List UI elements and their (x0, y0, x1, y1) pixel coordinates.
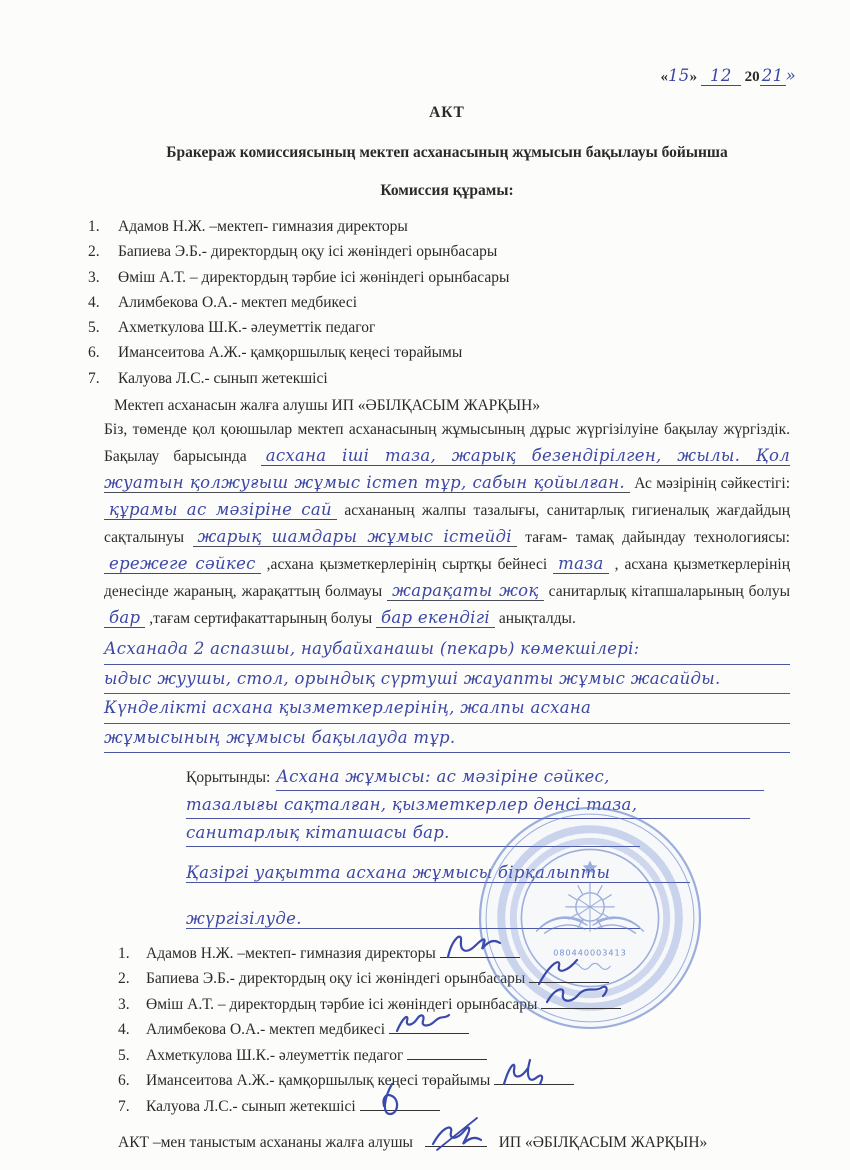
handwritten-line: Күнделікті асхана қызметкерлерінің, жалп… (104, 694, 790, 724)
closing-prefix: АКТ –мен таныстым асхананы жалға алушы (118, 1134, 413, 1151)
lessee-signature-line (425, 1133, 487, 1147)
member-label: Имансеитова А.Ж.- қамқоршылық кеңесі төр… (146, 1072, 490, 1089)
conclusion-row: Қорытынды:Асхана жұмысы: ас мәзіріне сәй… (186, 763, 764, 791)
date-close-quote: » (690, 69, 698, 85)
member-number: 5. (118, 1043, 146, 1068)
member-label: Имансеитова А.Ж.- қамқоршылық кеңесі төр… (118, 344, 462, 361)
member-label: Өміш А.Т. – директордың тәрбие ісі жөнін… (118, 269, 509, 286)
date-month-handwritten: 12 (701, 66, 741, 86)
signature-ink-icon (442, 927, 512, 967)
signature-row: 2.Бапиева Э.Б.- директордың оқу ісі жөні… (118, 966, 790, 991)
handwritten-observations: Асханада 2 аспазшы, наубайханашы (пекарь… (104, 635, 790, 753)
extra-handwritten-lines: Қазіргі уақытта асхана жұмысы бірқалыпты… (104, 863, 790, 929)
handwritten-fill-in: таза (553, 554, 609, 574)
handwritten-fill-in: ережеге сәйкес (104, 554, 261, 574)
date-century-printed: 20 (745, 69, 760, 85)
closing-line: АКТ –мен таныстым асхананы жалға алушы И… (118, 1133, 790, 1152)
member-number: 7. (88, 366, 118, 391)
signature-line (494, 1071, 574, 1085)
commission-member-row: 6.Имансеитова А.Ж.- қамқоршылық кеңесі т… (88, 340, 790, 365)
handwritten-fill-in: жарақаты жоқ (387, 581, 544, 601)
signature-ink-icon (391, 1003, 461, 1043)
date-open-quote: « (660, 69, 668, 85)
signature-line (360, 1097, 440, 1111)
signature-row: 5.Ахметкулова Ш.К.- әлеуметтік педагог (118, 1043, 790, 1068)
handwritten-conclusion-text: Асхана жұмысы: ас мәзіріне сәйкес, (276, 763, 764, 791)
member-number: 1. (118, 941, 146, 966)
handwritten-text: Қазіргі уақытта асхана жұмысы бірқалыпты (186, 863, 690, 883)
member-label: Калуова Л.С.- сынып жетекшісі (118, 370, 328, 387)
signature-ink-icon (496, 1054, 566, 1094)
scanned-act-document: «15» 12 2021» АКТ Бракераж комиссиясының… (0, 0, 850, 1170)
handwritten-fill-in: бар (104, 608, 145, 628)
signature-ink-icon (427, 1116, 497, 1156)
conclusion-section: Қорытынды:Асхана жұмысы: ас мәзіріне сәй… (186, 763, 790, 847)
signature-ink-icon (362, 1080, 432, 1120)
member-number: 7. (118, 1094, 146, 1119)
commission-heading: Комиссия құрамы: (104, 182, 790, 200)
handwritten-line: Асханада 2 аспазшы, наубайханашы (пекарь… (104, 635, 790, 665)
member-number: 6. (88, 340, 118, 365)
member-label: Адамов Н.Ж. –мектеп- гимназия директоры (118, 218, 408, 235)
member-number: 6. (118, 1068, 146, 1093)
member-label: Алимбекова О.А.- мектеп медбикесі (146, 1021, 385, 1038)
date-line: «15» 12 2021» (660, 66, 796, 86)
conclusion-row: тазалығы сақталған, қызметкерлер денсі т… (186, 791, 750, 819)
member-number: 4. (88, 290, 118, 315)
signature-line (440, 944, 520, 958)
commission-member-row: 4.Алимбекова О.А.- мектеп медбикесі (88, 290, 790, 315)
handwritten-fill-in: құрамы ас мәзіріне сай (104, 500, 337, 520)
signature-line (541, 995, 621, 1009)
conclusion-row: санитарлық кітапшасы бар. (186, 819, 640, 847)
handwritten-text: Асханада 2 аспазшы, наубайханашы (пекарь… (104, 639, 640, 658)
member-label: Өміш А.Т. – директордың тәрбие ісі жөнін… (146, 996, 537, 1013)
handwritten-extra-line: Қазіргі уақытта асхана жұмысы бірқалыпты (186, 863, 690, 883)
lessee-line: Мектеп асханасын жалға алушы ИП «ӘБІЛҚАС… (114, 397, 790, 415)
date-year-handwritten: 21 (760, 66, 786, 86)
date-tail-mark: » (786, 66, 796, 85)
member-number: 4. (118, 1017, 146, 1042)
signature-row: 4.Алимбекова О.А.- мектеп медбикесі (118, 1017, 790, 1042)
member-label: Алимбекова О.А.- мектеп медбикесі (118, 294, 357, 311)
member-label: Ахметкулова Ш.К.- әлеуметтік педагог (146, 1047, 403, 1064)
date-day-handwritten: 15 (668, 66, 690, 85)
commission-member-row: 7.Калуова Л.С.- сынып жетекшісі (88, 366, 790, 391)
handwritten-fill-in: бар екендігі (376, 608, 495, 628)
document-subtitle: Бракераж комиссиясының мектеп асханасыны… (104, 144, 790, 162)
member-number: 3. (88, 265, 118, 290)
commission-member-row: 3.Өміш А.Т. – директордың тәрбие ісі жөн… (88, 265, 790, 290)
handwritten-text: ыдыс жуушы, стол, орындық сүртуші жауапт… (104, 669, 721, 688)
handwritten-text: Күнделікті асхана қызметкерлерінің, жалп… (104, 698, 591, 717)
printed-text: ,асхана қызметкерлерінің сыртқы бейнесі (261, 556, 553, 573)
member-label: Бапиева Э.Б.- директордың оқу ісі жөнінд… (118, 243, 497, 260)
signature-line (389, 1020, 469, 1034)
printed-text: ,тағам сертифакаттарының болуы (145, 610, 376, 627)
member-label: Ахметкулова Ш.К.- әлеуметтік педагог (118, 319, 375, 336)
member-number: 3. (118, 992, 146, 1017)
handwritten-text: жұмысының жұмысы бақылауда тұр. (104, 728, 455, 747)
inspection-paragraph: Біз, төменде қол қоюшылар мектеп асханас… (104, 417, 790, 632)
handwritten-extra-line: жүргізілуде. (186, 909, 640, 929)
commission-member-row: 2.Бапиева Э.Б.- директордың оқу ісі жөні… (88, 239, 790, 264)
conclusion-label: Қорытынды: (186, 764, 276, 791)
member-label: Адамов Н.Ж. –мектеп- гимназия директоры (146, 945, 436, 962)
member-label: Калуова Л.С.- сынып жетекшісі (146, 1098, 356, 1115)
handwritten-fill-in: жарық шамдары жұмыс істейді (193, 527, 517, 547)
signature-list: 1.Адамов Н.Ж. –мектеп- гимназия директор… (118, 941, 790, 1119)
commission-member-row: 5.Ахметкулова Ш.К.- әлеуметтік педагог (88, 315, 790, 340)
printed-text: Ас мәзірінің сәйкестігі: (630, 475, 790, 492)
member-number: 1. (88, 214, 118, 239)
member-label: Бапиева Э.Б.- директордың оқу ісі жөнінд… (146, 970, 525, 987)
signature-ink-icon (543, 978, 613, 1018)
member-number: 2. (118, 966, 146, 991)
member-number: 5. (88, 315, 118, 340)
handwritten-line: ыдыс жуушы, стол, орындық сүртуші жауапт… (104, 665, 790, 695)
printed-text: тағам- тамақ дайындау технологиясы: (517, 529, 790, 546)
signature-row: 1.Адамов Н.Ж. –мектеп- гимназия директор… (118, 941, 790, 966)
handwritten-text: жүргізілуде. (186, 909, 640, 929)
printed-text: санитарлық кітапшаларының болуы (544, 583, 790, 600)
signature-row: 6.Имансеитова А.Ж.- қамқоршылық кеңесі т… (118, 1068, 790, 1093)
handwritten-conclusion-text: тазалығы сақталған, қызметкерлер денсі т… (186, 791, 750, 819)
handwritten-line: жұмысының жұмысы бақылауда тұр. (104, 724, 790, 754)
signature-line (407, 1046, 487, 1060)
closing-suffix: ИП «ӘБІЛҚАСЫМ ЖАРҚЫН» (499, 1134, 708, 1151)
handwritten-conclusion-text: санитарлық кітапшасы бар. (186, 819, 640, 847)
commission-member-row: 1.Адамов Н.Ж. –мектеп- гимназия директор… (88, 214, 790, 239)
printed-text: анықталды. (495, 610, 576, 627)
page-title: АКТ (104, 104, 790, 122)
commission-list: 1.Адамов Н.Ж. –мектеп- гимназия директор… (88, 214, 790, 391)
member-number: 2. (88, 239, 118, 264)
